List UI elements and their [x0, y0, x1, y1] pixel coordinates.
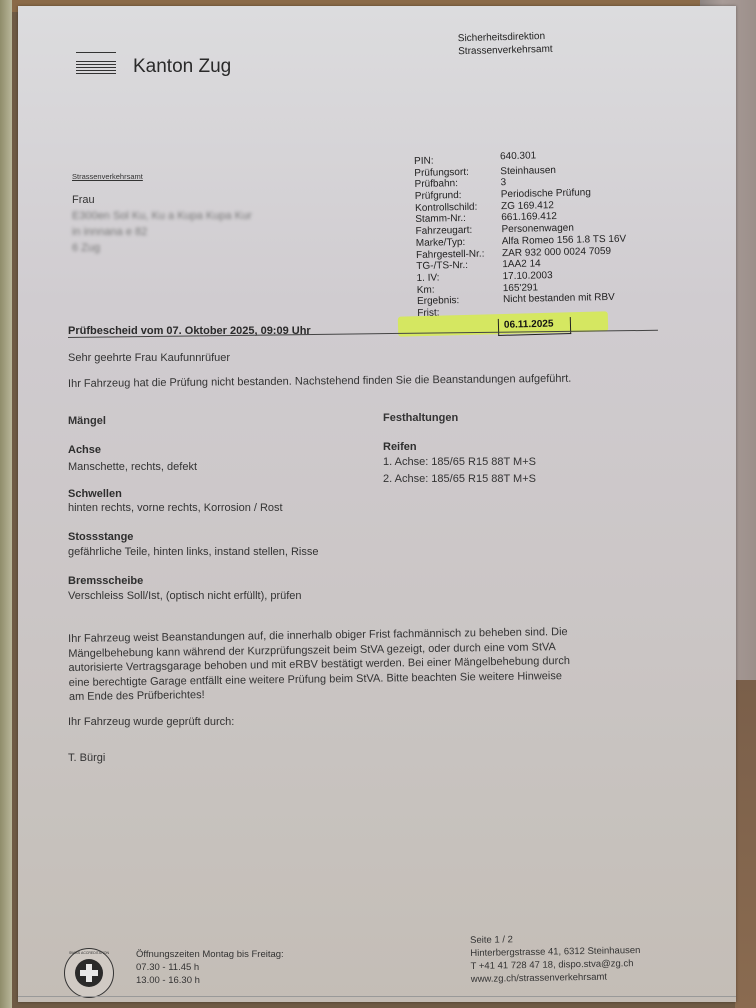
- defect-title: Bremsscheibe: [68, 575, 143, 587]
- recipient-street: in innnana e 82: [72, 224, 252, 240]
- defect-title: Stossstange: [68, 531, 133, 543]
- detail-value: 3: [500, 177, 506, 189]
- background-wood: [735, 680, 756, 1008]
- background-left-edge: [0, 0, 12, 1008]
- findings-line: 1. Achse: 185/65 R15 88T M+S: [383, 456, 536, 468]
- opening-hours: Öffnungszeiten Montag bis Freitag: 07.30…: [136, 948, 284, 987]
- detail-value: ZAR 932 000 0024 7059: [502, 245, 611, 259]
- defect-title: Schwellen: [68, 488, 122, 500]
- recipient-salutation: Frau: [72, 192, 252, 208]
- detail-value: 165'291: [503, 282, 539, 294]
- defect-title: Achse: [68, 444, 101, 456]
- recipient-name: E300en Sol Ku, Ku a Kupa Kupa Kur: [72, 208, 252, 224]
- detail-value: 640.301: [500, 150, 536, 165]
- defect-text: hinten rechts, vorne rechts, Korrosion /…: [68, 502, 283, 514]
- hours-title: Öffnungszeiten Montag bis Freitag:: [136, 948, 284, 961]
- instructions-paragraph: Ihr Fahrzeug weist Beanstandungen auf, d…: [68, 624, 669, 705]
- defect-text: Verschleiss Soll/Ist, (optisch nicht erf…: [68, 590, 302, 602]
- defects-heading: Mängel: [68, 415, 106, 427]
- recipient-address: Frau E300en Sol Ku, Ku a Kupa Kupa Kur i…: [72, 192, 252, 256]
- findings-line: 2. Achse: 185/65 R15 88T M+S: [383, 473, 536, 485]
- document-page: Kanton Zug Sicherheitsdirektion Strassen…: [18, 6, 736, 1002]
- findings-title: Reifen: [383, 441, 417, 453]
- hours-morning: 07.30 - 11.45 h: [136, 961, 284, 974]
- detail-value: 17.10.2003: [502, 270, 552, 283]
- hours-afternoon: 13.00 - 16.30 h: [136, 974, 284, 987]
- deadline-value: 06.11.2025: [498, 317, 571, 336]
- logo-text: Kanton Zug: [133, 56, 231, 78]
- intro-text: Ihr Fahrzeug hat die Prüfung nicht besta…: [68, 373, 571, 390]
- defect-text: gefährliche Teile, hinten links, instand…: [68, 546, 319, 558]
- findings-heading: Festhaltungen: [383, 412, 458, 424]
- defect-text: Manschette, rechts, defekt: [68, 461, 197, 473]
- detail-value: Nicht bestanden mit RBV: [503, 292, 615, 306]
- detail-value: 1AA2 14: [502, 259, 541, 271]
- website-link[interactable]: www.zg.ch/strassenverkehrsamt: [471, 970, 641, 986]
- detail-label: Frist:: [417, 306, 503, 319]
- page-bottom-edge: [18, 996, 736, 997]
- detail-value: Steinhausen: [500, 165, 556, 178]
- swiss-accreditation-seal-icon: SWISS ACCREDITATION: [64, 948, 114, 998]
- recipient-city: 6 Zug: [72, 240, 252, 256]
- vehicle-details: PIN:640.301Prüfungsort:SteinhausenPrüfba…: [414, 152, 628, 320]
- inspector-name: T. Bürgi: [68, 752, 105, 764]
- contact-block: Seite 1 / 2 Hinterbergstrasse 41, 6312 S…: [470, 931, 641, 986]
- office-name: Strassenverkehrsamt: [458, 43, 553, 58]
- sender-line: Strassenverkehrsamt: [72, 172, 143, 181]
- department-block: Sicherheitsdirektion Strassenverkehrsamt: [458, 30, 553, 58]
- detail-value: Periodische Prüfung: [501, 187, 591, 201]
- greeting: Sehr geehrte Frau Kaufunnrüfuer: [68, 352, 230, 364]
- checked-by-label: Ihr Fahrzeug wurde geprüft durch:: [68, 716, 234, 728]
